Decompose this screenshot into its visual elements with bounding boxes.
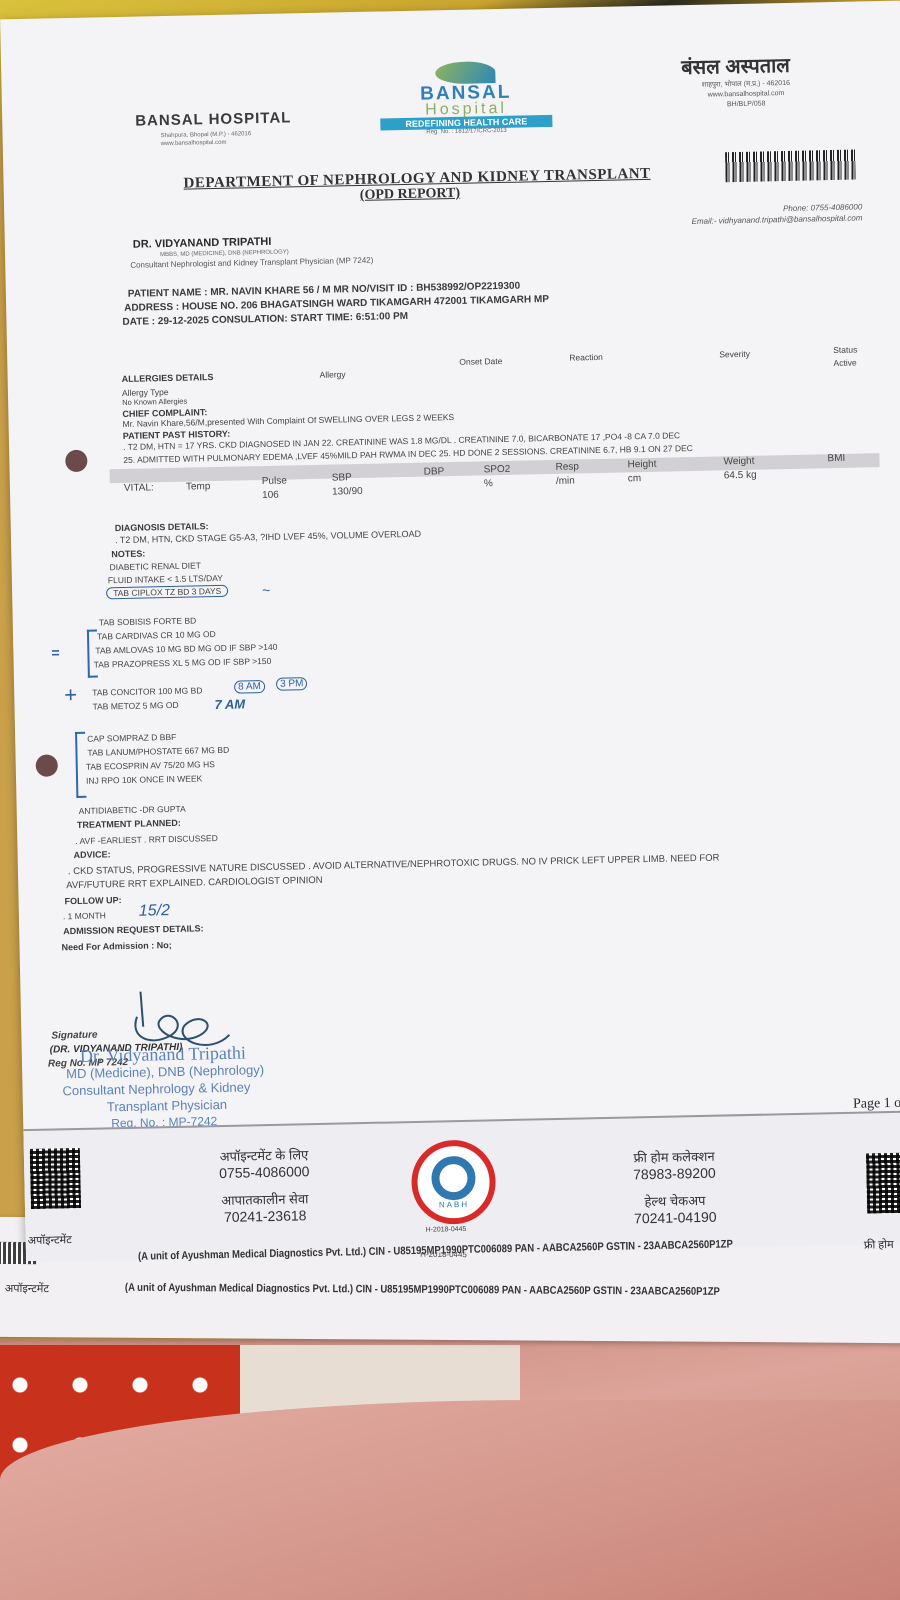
antidiabetic-note: ANTIDIABETIC -DR GUPTA [79, 804, 186, 816]
vitals-col-height: Height [627, 459, 656, 471]
vitals-sbp-value: 130/90 [332, 486, 363, 498]
allergies-section-label: ALLERGIES DETAILS [122, 372, 214, 384]
treatment-text: . AVF -EARLIEST . RRT DISCUSSED [75, 833, 218, 846]
medication-concitor: TAB CONCITOR 100 MG BD [92, 685, 202, 697]
vitals-col-resp: Resp [555, 461, 579, 472]
hospital-logo: BANSAL Hospital REDEFINING HEALTH CARE R… [379, 60, 552, 137]
admission-text: Need For Admission : No; [61, 940, 171, 952]
nabh-ring [431, 1156, 476, 1201]
vitals-pulse-value: 106 [262, 490, 279, 501]
underlying-qr-caption: अपॉइन्टमेंट [5, 1281, 49, 1296]
medication-sompraz: CAP SOMPRAZ D BBF [87, 732, 176, 744]
nabh-badge-icon: NABH [411, 1139, 497, 1225]
vitals-col-dbp: DBP [424, 466, 445, 477]
home-collection-block: फ्री होम कलेक्शन 78983-89200 हेल्थ चेकअप… [604, 1146, 746, 1227]
handwritten-followup: 15/2 [139, 902, 171, 921]
medication-ecosprin: TAB ECOSPRIN AV 75/20 MG HS [86, 759, 215, 772]
hospital-name: BANSAL HOSPITAL [135, 109, 291, 129]
admission-label: ADMISSION REQUEST DETAILS: [63, 923, 204, 936]
medication-cardivas: TAB CARDIVAS CR 10 MG OD [97, 629, 216, 641]
barcode-icon [725, 150, 856, 183]
consultation-date-line: DATE : 29-12-2025 CONSULATION: START TIM… [122, 311, 408, 328]
underlying-company-line: (A unit of Ayushman Medical Diagnostics … [125, 1282, 720, 1298]
signature-label: Signature [51, 1030, 97, 1042]
dash-mark-icon: = [51, 644, 60, 660]
doctor-stamp: Dr. Vidyanand Tripathi MD (Medicine), DN… [62, 1044, 266, 1133]
allergy-status-value: Active [833, 358, 856, 368]
hindi-code: BH/BLP/058 [702, 99, 791, 111]
emergency-phone: 70241-23618 [200, 1207, 330, 1226]
doctor-qualification: MBBS, MD (MEDICINE), DNB (NEPHROLOGY) [160, 249, 289, 258]
follow-up-label: FOLLOW UP: [64, 895, 121, 906]
allergy-col-severity: Severity [719, 349, 750, 360]
medication-amlovas: TAB AMLOVAS 10 MG BD MG OD IF SBP >140 [95, 642, 277, 656]
vitals-col-bmi: BMI [827, 453, 845, 464]
pen-mark-icon: ~ [262, 582, 271, 598]
medication-metoz: TAB METOZ 5 MG OD [92, 700, 178, 712]
vitals-height-value: cm [628, 473, 642, 484]
advice-line-1: . CKD STATUS, PROGRESSIVE NATURE DISCUSS… [68, 853, 720, 878]
vitals-col-sbp: SBP [332, 472, 352, 483]
allergy-col-onset: Onset Date [459, 356, 502, 367]
footer-strip: अपॉइन्टमेंट अपॉइन्टमेंट के लिए 0755-4086… [23, 1110, 900, 1261]
opd-report-page: BANSAL HOSPITAL Shahpura, Bhopal (M.P.) … [0, 1, 900, 1250]
appointment-block: अपॉइन्टमेंट के लिए 0755-4086000 आपातकाली… [199, 1145, 331, 1226]
note-line-2: FLUID INTAKE < 1.5 LTS/DAY [108, 573, 223, 585]
vitals-col-pulse: Pulse [262, 476, 287, 488]
cross-mark-icon: + [64, 682, 77, 708]
advice-line-2: AVF/FUTURE RRT EXPLAINED. CARDIOLOGIST O… [66, 875, 323, 891]
vitals-col-weight: Weight [723, 456, 754, 468]
handwritten-3pm: 3 PM [276, 677, 308, 691]
home-collection-phone: 78983-89200 [604, 1164, 744, 1183]
handwritten-8am: 8 AM [234, 680, 265, 694]
nabh-code: H-2018-0445 [425, 1226, 466, 1234]
notes-label: NOTES: [111, 549, 145, 560]
doctor-name: DR. VIDYANAND TRIPATHI [133, 236, 272, 251]
bracket-mark-icon [75, 732, 86, 798]
background-pink-blanket [0, 1400, 900, 1600]
allergy-col-allergy: Allergy [320, 369, 346, 380]
punch-hole [65, 450, 87, 472]
hospital-name-hindi: बंसल अस्पताल [681, 51, 790, 80]
medication-prazopress: TAB PRAZOPRESS XL 5 MG OD IF SBP >150 [94, 656, 272, 670]
doctor-contact: Phone: 0755-4086000 Email:- vidhyanand.t… [604, 201, 862, 228]
vitals-weight-value: 64.5 kg [724, 470, 757, 482]
allergy-col-reaction: Reaction [569, 352, 603, 363]
vitals-row-label: VITAL: [124, 482, 154, 494]
allergy-col-status: Status [833, 345, 857, 356]
hospital-address-hindi: शाहपुरा, भोपाल (म.प्र.) - 462016 www.ban… [702, 79, 791, 111]
advice-label: ADVICE: [74, 849, 111, 860]
report-type: (OPD REPORT) [360, 186, 461, 204]
treatment-label: TREATMENT PLANNED: [77, 818, 181, 830]
qr-code-icon [866, 1152, 900, 1213]
medication-lanum: TAB LANUM/PHOSTATE 667 MG BD [87, 745, 229, 758]
qr-right-caption: फ्री होम [864, 1237, 894, 1253]
follow-up-text: . 1 MONTH [63, 910, 106, 921]
leaf-logo-icon [435, 61, 495, 84]
punch-hole [36, 754, 58, 776]
hospital-address: Shahpura, Bhopal (M.P.) - 462016 www.ban… [160, 130, 251, 148]
qr-code-icon [30, 1148, 81, 1209]
medication-sobisis: TAB SOBISIS FORTE BD [99, 615, 197, 627]
qr-left-caption: अपॉइन्टमेंट [28, 1232, 72, 1248]
appointment-phone: 0755-4086000 [199, 1163, 329, 1182]
vitals-col-temp: Temp [186, 481, 211, 493]
vitals-spo2-value: % [484, 478, 493, 489]
hospital-website: www.bansalhospital.com [161, 138, 252, 148]
nabh-label: NABH [418, 1199, 490, 1210]
note-line-3-circled: TAB CIPLOX TZ BD 3 DAYS [106, 585, 228, 600]
note-line-1: DIABETIC RENAL DIET [109, 560, 201, 572]
health-checkup-phone: 70241-04190 [605, 1208, 745, 1227]
vitals-resp-value: /min [556, 475, 575, 486]
vitals-col-spo2: SPO2 [484, 464, 511, 476]
medication-rpo: INJ RPO 10K ONCE IN WEEK [86, 773, 202, 785]
handwritten-metoz-note: 7 AM [214, 696, 245, 712]
allergy-type-value: No Known Allergies [122, 397, 187, 407]
diagnosis-label: DIAGNOSIS DETAILS: [115, 521, 209, 533]
